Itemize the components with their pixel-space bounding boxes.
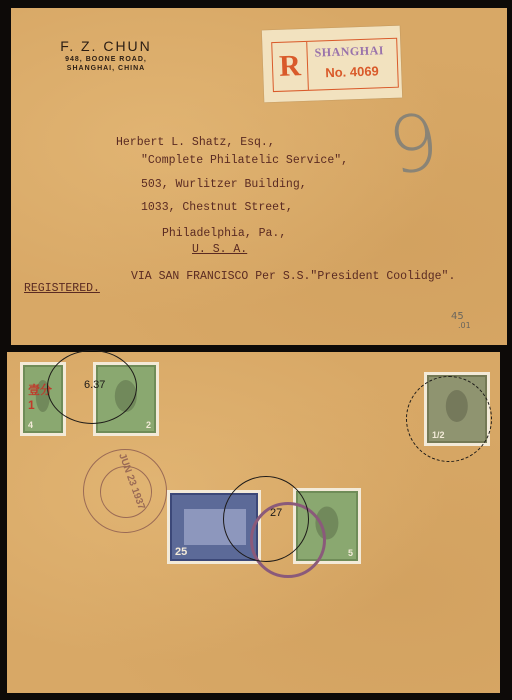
recipient-line-1: Herbert L. Shatz, Esq., <box>116 136 275 149</box>
recipient-line-4: 1033, Chestnut Street, <box>141 201 293 214</box>
registration-label-frame: R SHANGHAI No. 4069 <box>271 38 399 92</box>
stamp-value: 2 <box>146 420 151 430</box>
sender-name: F. Z. CHUN <box>41 38 171 54</box>
sender-address-line1: 948, BOONE ROAD, <box>41 56 171 63</box>
shanghai-postmark-right <box>406 376 492 462</box>
sender-address-line2: SHANGHAI, CHINA <box>41 65 171 72</box>
recipient-line-5: Philadelphia, Pa., <box>162 227 286 240</box>
recipient-line-2: "Complete Philatelic Service", <box>141 154 348 167</box>
registration-letter: R <box>272 42 309 91</box>
postmark-date: 27 <box>270 507 282 519</box>
philadelphia-registered-backstamp: JUN 23 1937 <box>83 449 167 533</box>
registered-marking: REGISTERED. <box>24 282 100 295</box>
stamp-value: 5 <box>348 548 353 558</box>
postmark-date: 6.37 <box>84 379 105 391</box>
shanghai-postmark-center: 27 <box>223 476 309 562</box>
pencil-mark-large: 9 <box>383 97 445 193</box>
routing-instruction: VIA SAN FRANCISCO Per S.S."President Coo… <box>131 270 455 283</box>
envelope-back: 壹分 1 4 2 6.37 1/2 JUN 23 1937 25 <box>7 352 500 693</box>
envelope-front: F. Z. CHUN 948, BOONE ROAD, SHANGHAI, CH… <box>11 8 507 345</box>
sender-return-address: F. Z. CHUN 948, BOONE ROAD, SHANGHAI, CH… <box>41 38 171 72</box>
registration-office: SHANGHAI <box>314 43 384 60</box>
shanghai-postmark-top: 6.37 <box>47 350 137 424</box>
pencil-mark-small-bottom: .01 <box>458 321 471 330</box>
recipient-country: U. S. A. <box>192 243 247 256</box>
stamp-value: 4 <box>28 420 33 430</box>
stamp-value: 25 <box>175 546 187 558</box>
registration-label: R SHANGHAI No. 4069 <box>262 26 402 103</box>
recipient-line-3: 503, Wurlitzer Building, <box>141 178 307 191</box>
registration-number: No. 4069 <box>325 63 379 80</box>
